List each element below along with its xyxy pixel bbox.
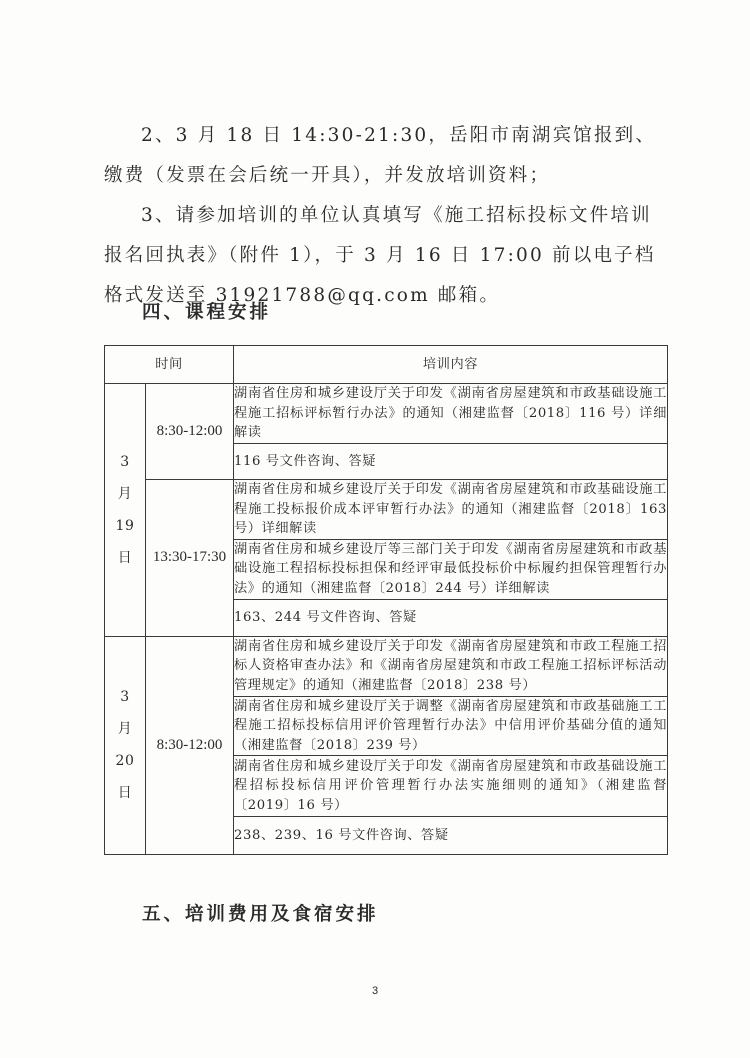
content-cell: 116 号文件咨询、答疑 — [234, 444, 668, 480]
day-cell-19: 3 月 19 日 — [105, 384, 146, 637]
day-cell-20: 3 月 20 日 — [105, 636, 146, 855]
day-char: 3 — [105, 446, 145, 478]
header-time: 时间 — [105, 346, 234, 384]
day-char: 日 — [105, 777, 145, 809]
table-row: 13:30-17:30 湖南省住房和城乡建设厅关于印发《湖南省房屋建筑和市政基础… — [105, 480, 668, 540]
day-char: 月 — [105, 713, 145, 745]
content-cell: 湖南省住房和城乡建设厅关于印发《湖南省房屋建筑和市政工程施工招标人资格审查办法》… — [234, 636, 668, 696]
section-heading-fees-accommodation: 五、培训费用及食宿安排 — [142, 900, 379, 926]
table-header-row: 时间 培训内容 — [105, 346, 668, 384]
section-heading-course-schedule: 四、课程安排 — [142, 298, 271, 324]
course-schedule-table: 时间 培训内容 3 月 19 日 8:30-12:00 湖南省住房和城乡建设厅关… — [104, 345, 668, 855]
day-char: 3 — [105, 681, 145, 713]
content-cell: 湖南省住房和城乡建设厅关于调整《湖南省房屋建筑和市政基础施工工程施工招标投标信用… — [234, 696, 668, 756]
time-slot: 13:30-17:30 — [146, 480, 234, 637]
time-slot: 8:30-12:00 — [146, 384, 234, 480]
day-char: 20 — [105, 745, 145, 777]
paragraph-item-2: 2、3 月 18 日 14:30-21:30，岳阳市南湖宾馆报到、缴费（发票在会… — [104, 116, 670, 196]
day-char: 月 — [105, 478, 145, 510]
content-cell: 湖南省住房和城乡建设厅等三部门关于印发《湖南省房屋建筑和市政基础设施工程招标投标… — [234, 539, 668, 599]
day-char: 19 — [105, 510, 145, 542]
content-cell: 238、239、16 号文件咨询、答疑 — [234, 817, 668, 855]
content-cell: 湖南省住房和城乡建设厅关于印发《湖南省房屋建筑和市政基础设施工程招标投标信用评价… — [234, 756, 668, 817]
content-cell: 163、244 号文件咨询、答疑 — [234, 599, 668, 636]
content-cell: 湖南省住房和城乡建设厅关于印发《湖南省房屋建筑和市政基础设施工程施工招标评标暂行… — [234, 384, 668, 444]
table-row: 3 月 20 日 8:30-12:00 湖南省住房和城乡建设厅关于印发《湖南省房… — [105, 636, 668, 696]
content-cell: 湖南省住房和城乡建设厅关于印发《湖南省房屋建筑和市政基础设施工程施工投标报价成本… — [234, 480, 668, 540]
page-number: 3 — [372, 985, 378, 997]
table-row: 3 月 19 日 8:30-12:00 湖南省住房和城乡建设厅关于印发《湖南省房… — [105, 384, 668, 444]
day-char: 日 — [105, 542, 145, 574]
time-slot: 8:30-12:00 — [146, 636, 234, 855]
header-content: 培训内容 — [234, 346, 668, 384]
